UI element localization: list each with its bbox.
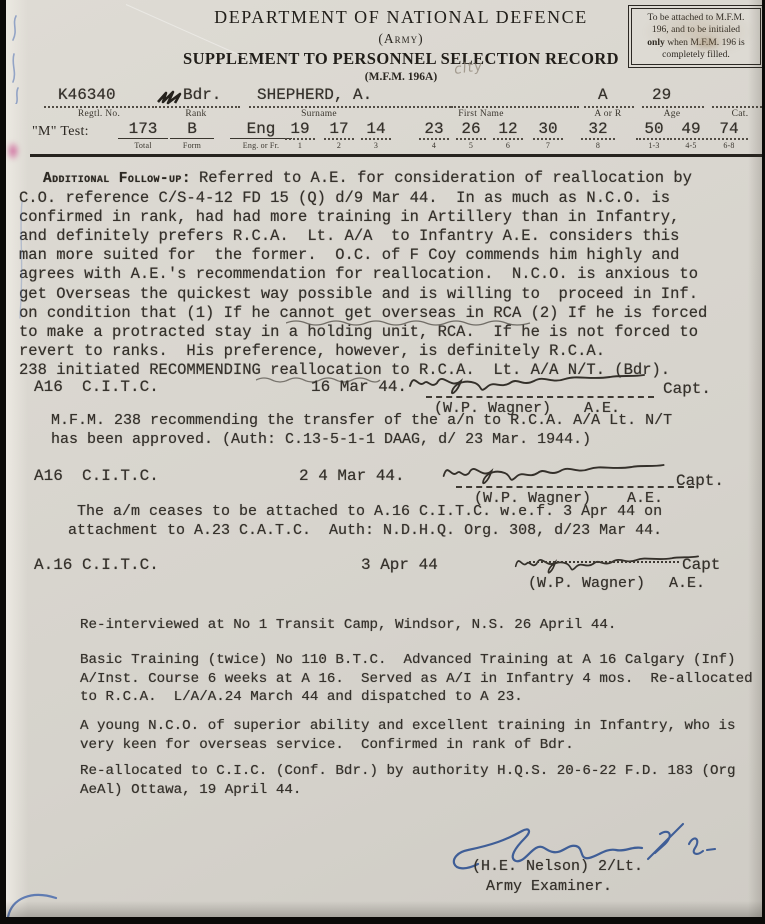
- form-code: (M.F.M. 196A): [46, 71, 756, 83]
- entry-2-body-line-2: attachment to A.23 C.A.T.C. Auth: N.D.H.…: [68, 521, 662, 540]
- m-test-cell-6-8: 74: [710, 116, 748, 140]
- regtl-no-value: K46340: [58, 86, 116, 104]
- entry-3-signed-role: A.E.: [669, 574, 705, 593]
- entry-2-signature-line: [456, 470, 694, 488]
- entry-1-unit: A16 C.I.T.C.: [34, 378, 159, 396]
- field-surname: SHEPHERD, A.: [249, 86, 451, 108]
- followup-line-0: Referred to A.E. for consideration of re…: [199, 169, 692, 187]
- pink-smudge-mark: [6, 141, 20, 161]
- m-test-label-6: 6: [493, 141, 523, 150]
- entry-1-signature-line: [426, 380, 654, 398]
- followup-paragraph: Additional Follow-up:Referred to A.E. fo…: [19, 169, 759, 380]
- examiner-typed-name: (H.E. Nelson) 2/Lt.: [472, 857, 643, 876]
- m-test-cell-3: 14: [361, 116, 391, 140]
- note-3-line-1: A young N.C.O. of superior ability and e…: [80, 717, 736, 736]
- followup-line-3: and definitely prefers R.C.A. Lt. A/A to…: [19, 227, 759, 246]
- m-test-cell-8: 32: [581, 116, 615, 140]
- m-test-cell-6: 12: [493, 116, 523, 140]
- m-test-cell-7: 30: [533, 116, 563, 140]
- m-test-label-total: Total: [118, 141, 168, 150]
- bottom-shadow: [6, 901, 762, 917]
- stain-mark-small: [692, 36, 722, 50]
- blue-pencil-edge-mark-2: [16, 200, 28, 320]
- scanned-document-page: DEPARTMENT OF NATIONAL DEFENCE (Army) SU…: [6, 0, 762, 917]
- note-reinterviewed: Re-interviewed at No 1 Transit Camp, Win…: [80, 616, 616, 635]
- rank-value: Bdr.: [183, 86, 221, 104]
- m-test-label-8: 8: [581, 141, 615, 150]
- entry-1-rank: Capt.: [663, 380, 711, 398]
- note-2-line-2: A/Inst. Course 6 weeks at A 16. Served a…: [80, 670, 753, 689]
- entry-3-unit: A.16 C.I.T.C.: [34, 556, 159, 574]
- age-value: 29: [652, 86, 671, 104]
- note-4-line-1: Re-allocated to C.I.C. (Conf. Bdr.) by a…: [80, 762, 736, 781]
- followup-line-4: man more suited for the former. O.C. of …: [19, 246, 759, 265]
- handwritten-underline-mark: [286, 318, 531, 326]
- m-test-cell-5: 26: [456, 116, 486, 140]
- followup-line-5: agrees with A.E.'s recommendation for re…: [19, 265, 759, 284]
- m-test-cell-2: 17: [324, 116, 354, 140]
- stain-mark: [642, 6, 754, 58]
- entry-3-signature-line: [529, 545, 679, 563]
- note-assessment: A young N.C.O. of superior ability and e…: [80, 717, 736, 754]
- m-test-cell-4: 23: [419, 116, 449, 140]
- m-test-cell-1: 19: [285, 116, 315, 140]
- note-2-line-3: to R.C.A. L/A/A.24 March 44 and dispatch…: [80, 688, 753, 707]
- m-test-label-2: 2: [324, 141, 354, 150]
- note-training-history: Basic Training (twice) No 110 B.T.C. Adv…: [80, 651, 753, 707]
- followup-heading: Additional Follow-up:: [43, 171, 191, 187]
- followup-line-6: get Overseas the quickest way possible a…: [19, 285, 759, 304]
- entry-2-body-line-1: The a/m ceases to be attached to A.16 C.…: [68, 502, 662, 521]
- entry-1-date: 16 Mar 44.: [311, 378, 407, 396]
- entry-2-body: The a/m ceases to be attached to A.16 C.…: [68, 502, 662, 541]
- field-first-name: [451, 86, 579, 108]
- field-cat: [712, 86, 762, 108]
- field-age: 29: [642, 86, 704, 108]
- m-test-row-label: "M" Test:: [32, 124, 89, 140]
- note-3-line-2: very keen for overseas service. Confirme…: [80, 736, 736, 755]
- note-1-line-1: Re-interviewed at No 1 Transit Camp, Win…: [80, 616, 616, 635]
- a-or-r-value: A: [598, 86, 608, 104]
- entry-3-rank: Capt: [682, 556, 720, 574]
- m-test-label-4-5: 4-5: [674, 141, 708, 150]
- m-test-label-form: Form: [170, 141, 214, 150]
- m-test-label-1: 1: [285, 141, 315, 150]
- m-test-label-7: 7: [533, 141, 563, 150]
- field-a-or-r: A: [584, 86, 634, 108]
- rank-scribble-mark: [156, 90, 184, 106]
- m-test-label-6-8: 6-8: [710, 141, 748, 150]
- m-test-cell-lang: Eng: [230, 116, 292, 139]
- m-test-label-lang: Eng. or Fr.: [230, 141, 292, 150]
- field-regtl-no: K46340: [44, 86, 154, 108]
- followup-line-2: confirmed in rank, had had more training…: [19, 208, 759, 227]
- entry-1-body-line-1: M.F.M. 238 recommending the transfer of …: [51, 411, 672, 430]
- m-test-label-1-3: 1-3: [636, 141, 672, 150]
- section-divider-rule: [30, 154, 762, 157]
- m-test-cell-total: 173: [118, 116, 168, 139]
- m-test-cell-4-5: 49: [674, 116, 708, 140]
- entry-3-date: 3 Apr 44: [361, 556, 438, 574]
- m-test-label-4: 4: [419, 141, 449, 150]
- note-4-line-2: AeAl) Ottawa, 19 April 44.: [80, 781, 736, 800]
- entry-2-rank: Capt.: [676, 472, 724, 490]
- examiner-typed-title: Army Examiner.: [486, 877, 612, 896]
- m-test-label-3: 3: [361, 141, 391, 150]
- followup-line-9: revert to ranks. His preference, however…: [19, 342, 759, 361]
- entry-3-signed-name: (W.P. Wagner): [528, 574, 645, 593]
- entry-1-body-line-2: has been approved. (Auth: C.13-5-1-1 DAA…: [51, 430, 672, 449]
- entry-2-date: 2 4 Mar 44.: [299, 467, 405, 485]
- followup-line-1: C.O. reference C/S-4-12 FD 15 (Q) d/9 Ma…: [19, 189, 759, 208]
- m-test-label-5: 5: [456, 141, 486, 150]
- surname-value: SHEPHERD, A.: [257, 86, 372, 104]
- note-2-line-1: Basic Training (twice) No 110 B.T.C. Adv…: [80, 651, 753, 670]
- entry-1-body: M.F.M. 238 recommending the transfer of …: [51, 411, 672, 450]
- note-reallocation: Re-allocated to C.I.C. (Conf. Bdr.) by a…: [80, 762, 736, 799]
- field-rank: Bdr.: [152, 86, 240, 108]
- m-test-cell-form: B: [170, 116, 214, 139]
- m-test-cell-1-3: 50: [636, 116, 672, 140]
- entry-2-unit: A16 C.I.T.C.: [34, 467, 159, 485]
- blue-pencil-edge-marks: [8, 14, 24, 104]
